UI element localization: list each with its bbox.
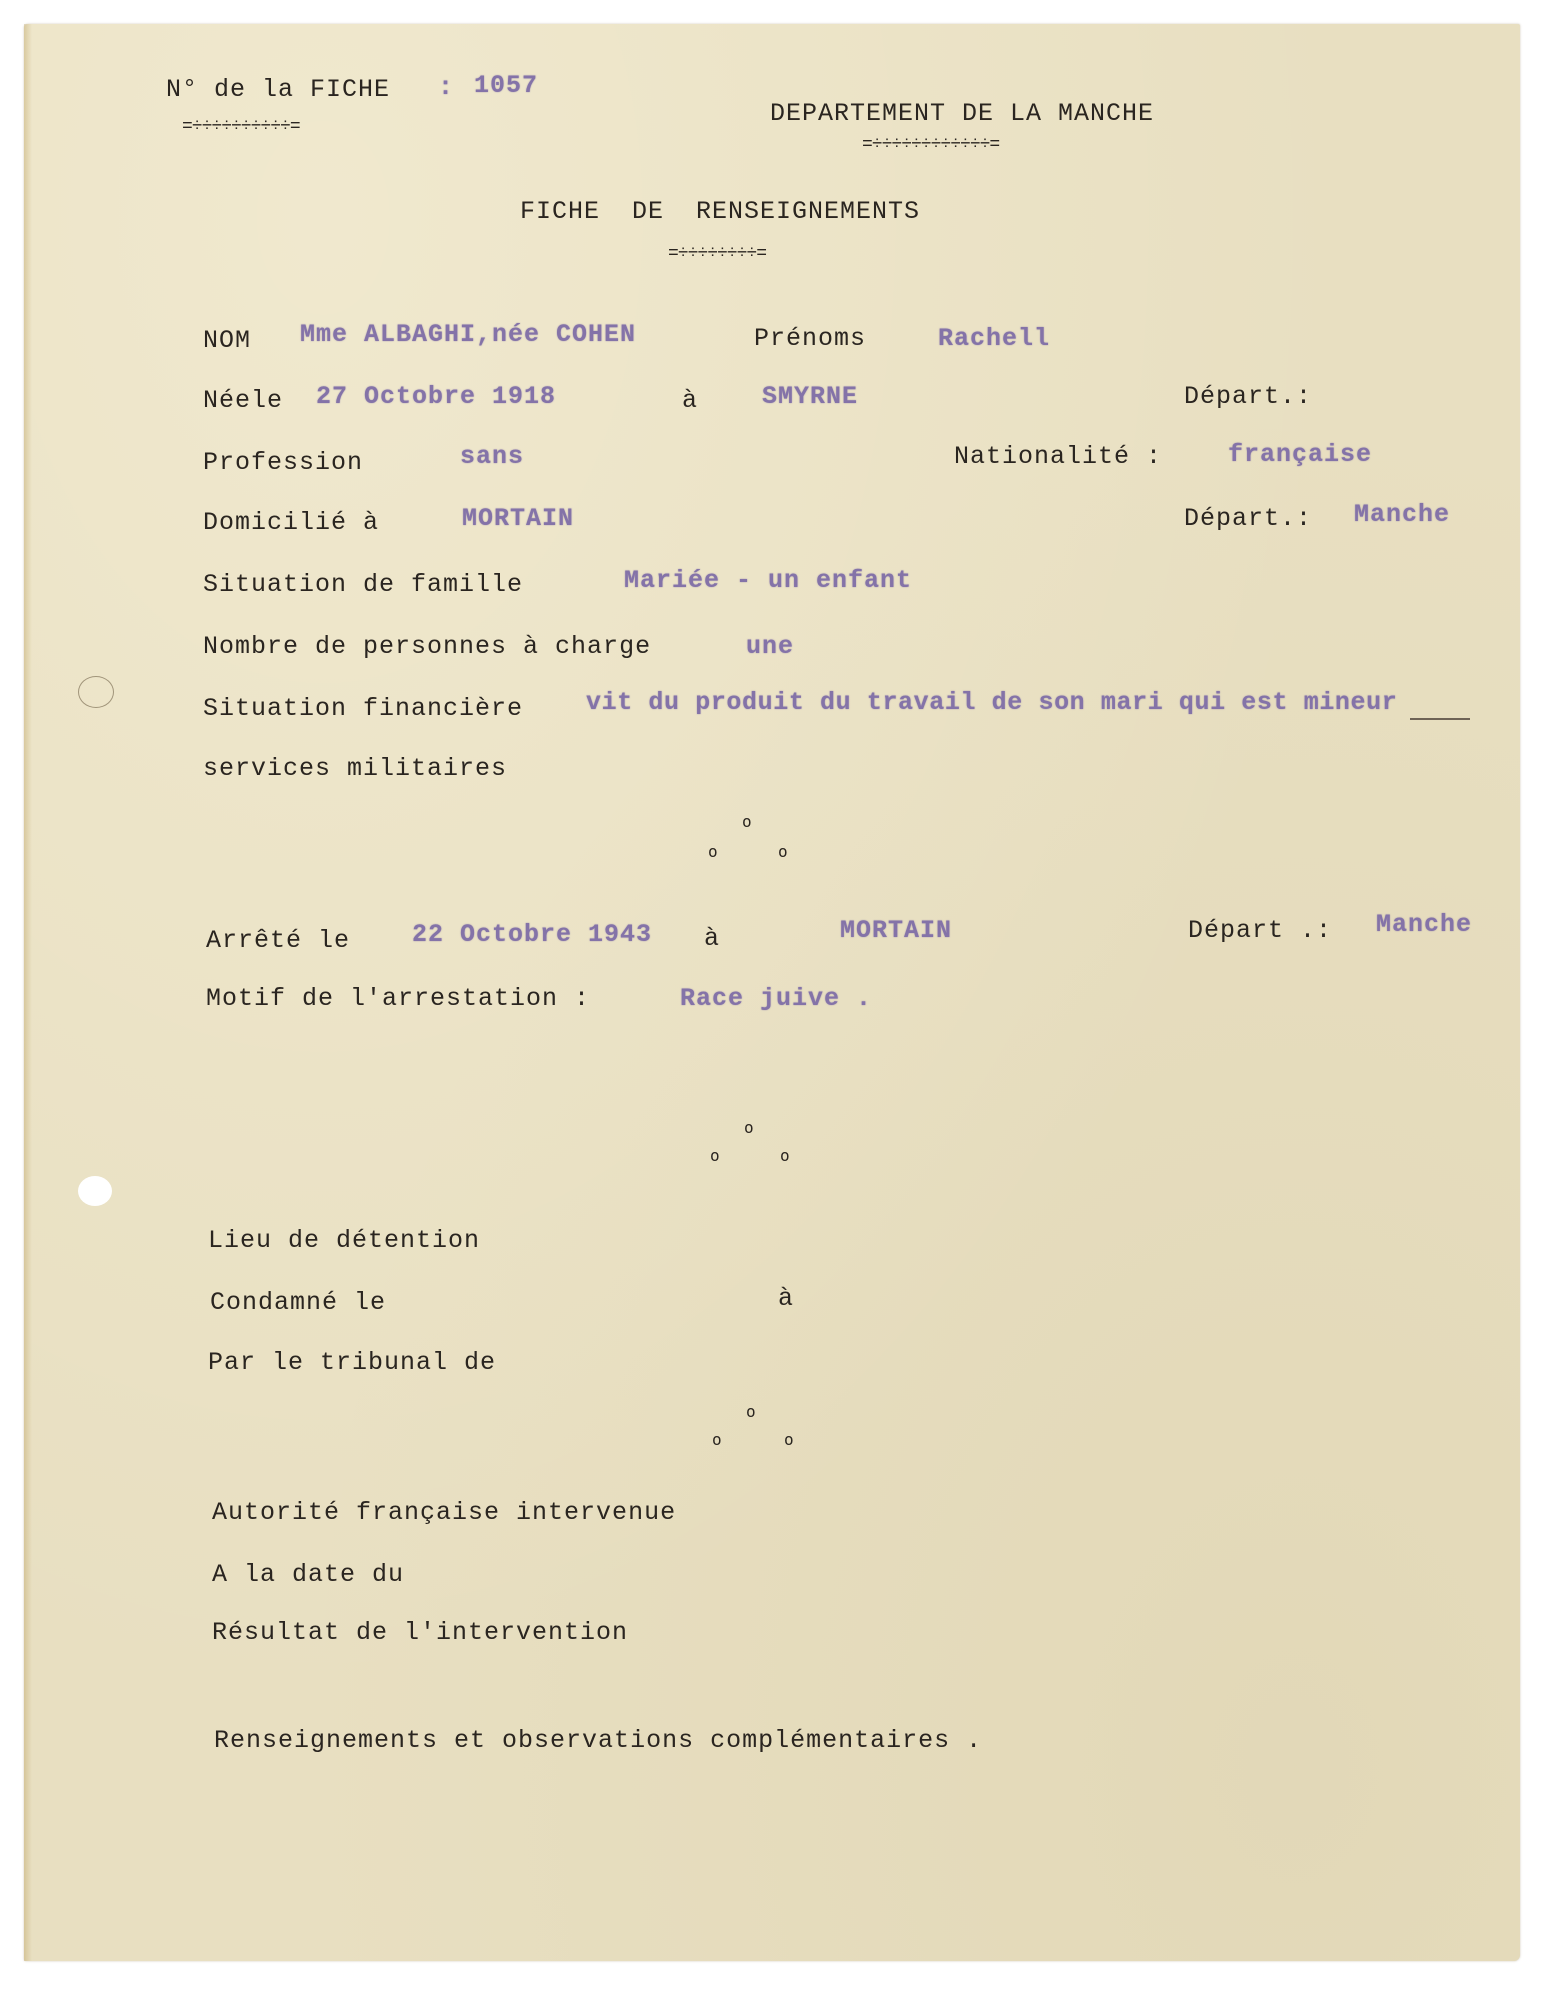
section-ornament: o	[712, 1430, 722, 1449]
section-ornament: o	[780, 1146, 790, 1165]
prenoms-label: Prénoms	[754, 326, 866, 351]
condamne-a-label: à	[778, 1286, 794, 1311]
nom-label: NOM	[203, 328, 251, 353]
nee-a-label: à	[682, 388, 698, 413]
binder-hole-outline	[78, 676, 114, 708]
arrete-depart-value: Manche	[1376, 912, 1472, 937]
binder-hole-punched	[78, 1176, 112, 1206]
prenoms-value: Rachell	[938, 326, 1050, 351]
domicile-label: Domicilié à	[203, 510, 379, 535]
profession-label: Profession	[203, 450, 363, 475]
domicile-depart-label: Départ.:	[1184, 506, 1312, 531]
handwritten-underline-mark	[1410, 718, 1470, 720]
domicile-depart-value: Manche	[1354, 502, 1450, 527]
section-ornament: o	[784, 1430, 794, 1449]
personnes-charge-label: Nombre de personnes à charge	[203, 634, 651, 659]
title-rule: =÷÷÷÷÷÷÷÷=	[668, 244, 766, 264]
services-militaires-label: services militaires	[203, 756, 507, 781]
observations-label: Renseignements et observations complémen…	[214, 1728, 982, 1753]
nationalite-label: Nationalité :	[954, 444, 1162, 469]
resultat-intervention-label: Résultat de l'intervention	[212, 1620, 628, 1645]
department-heading: DEPARTEMENT DE LA MANCHE	[770, 101, 1154, 126]
motif-arrestation-value: Race juive .	[680, 986, 872, 1011]
section-ornament: o	[746, 1402, 756, 1421]
section-ornament: o	[710, 1146, 720, 1165]
fiche-number-colon: :	[438, 75, 454, 100]
date-intervention-label: A la date du	[212, 1562, 404, 1587]
page-title: FICHE DE RENSEIGNEMENTS	[520, 199, 920, 224]
situation-financiere-label: Situation financière	[203, 696, 523, 721]
personnes-charge-value: une	[746, 634, 794, 659]
nee-place-value: SMYRNE	[762, 384, 858, 409]
domicile-value: MORTAIN	[462, 506, 574, 531]
arrete-a-label: à	[704, 926, 720, 951]
motif-arrestation-label: Motif de l'arrestation :	[206, 986, 590, 1011]
nom-value: Mme ALBAGHI,née COHEN	[300, 322, 636, 347]
situation-financiere-value: vit du produit du travail de son mari qu…	[586, 690, 1397, 715]
lieu-detention-label: Lieu de détention	[208, 1228, 480, 1253]
section-ornament: o	[778, 842, 788, 861]
section-ornament: o	[744, 1118, 754, 1137]
arrete-date-value: 22 Octobre 1943	[412, 922, 652, 947]
arrete-depart-label: Départ .:	[1188, 918, 1332, 943]
famille-label: Situation de famille	[203, 572, 523, 597]
nee-depart-label: Départ.:	[1184, 384, 1312, 409]
nationalite-value: française	[1228, 442, 1372, 467]
arrete-label: Arrêté le	[206, 928, 350, 953]
famille-value: Mariée - un enfant	[624, 568, 912, 593]
fiche-number-label: N° de la FICHE	[166, 77, 390, 102]
department-rule: =÷÷÷÷÷÷÷÷÷÷÷÷=	[862, 135, 999, 155]
section-ornament: o	[742, 812, 752, 831]
fiche-number-rule: =÷÷÷÷÷÷÷÷÷÷=	[182, 117, 300, 137]
section-ornament: o	[708, 842, 718, 861]
tribunal-label: Par le tribunal de	[208, 1350, 496, 1375]
nee-date-value: 27 Octobre 1918	[316, 384, 556, 409]
fiche-number-value: 1057	[474, 73, 538, 98]
nee-label: Néele	[203, 388, 283, 413]
autorite-intervenue-label: Autorité française intervenue	[212, 1500, 676, 1525]
profession-value: sans	[460, 444, 524, 469]
condamne-label: Condamné le	[210, 1290, 386, 1315]
arrete-place-value: MORTAIN	[840, 918, 952, 943]
